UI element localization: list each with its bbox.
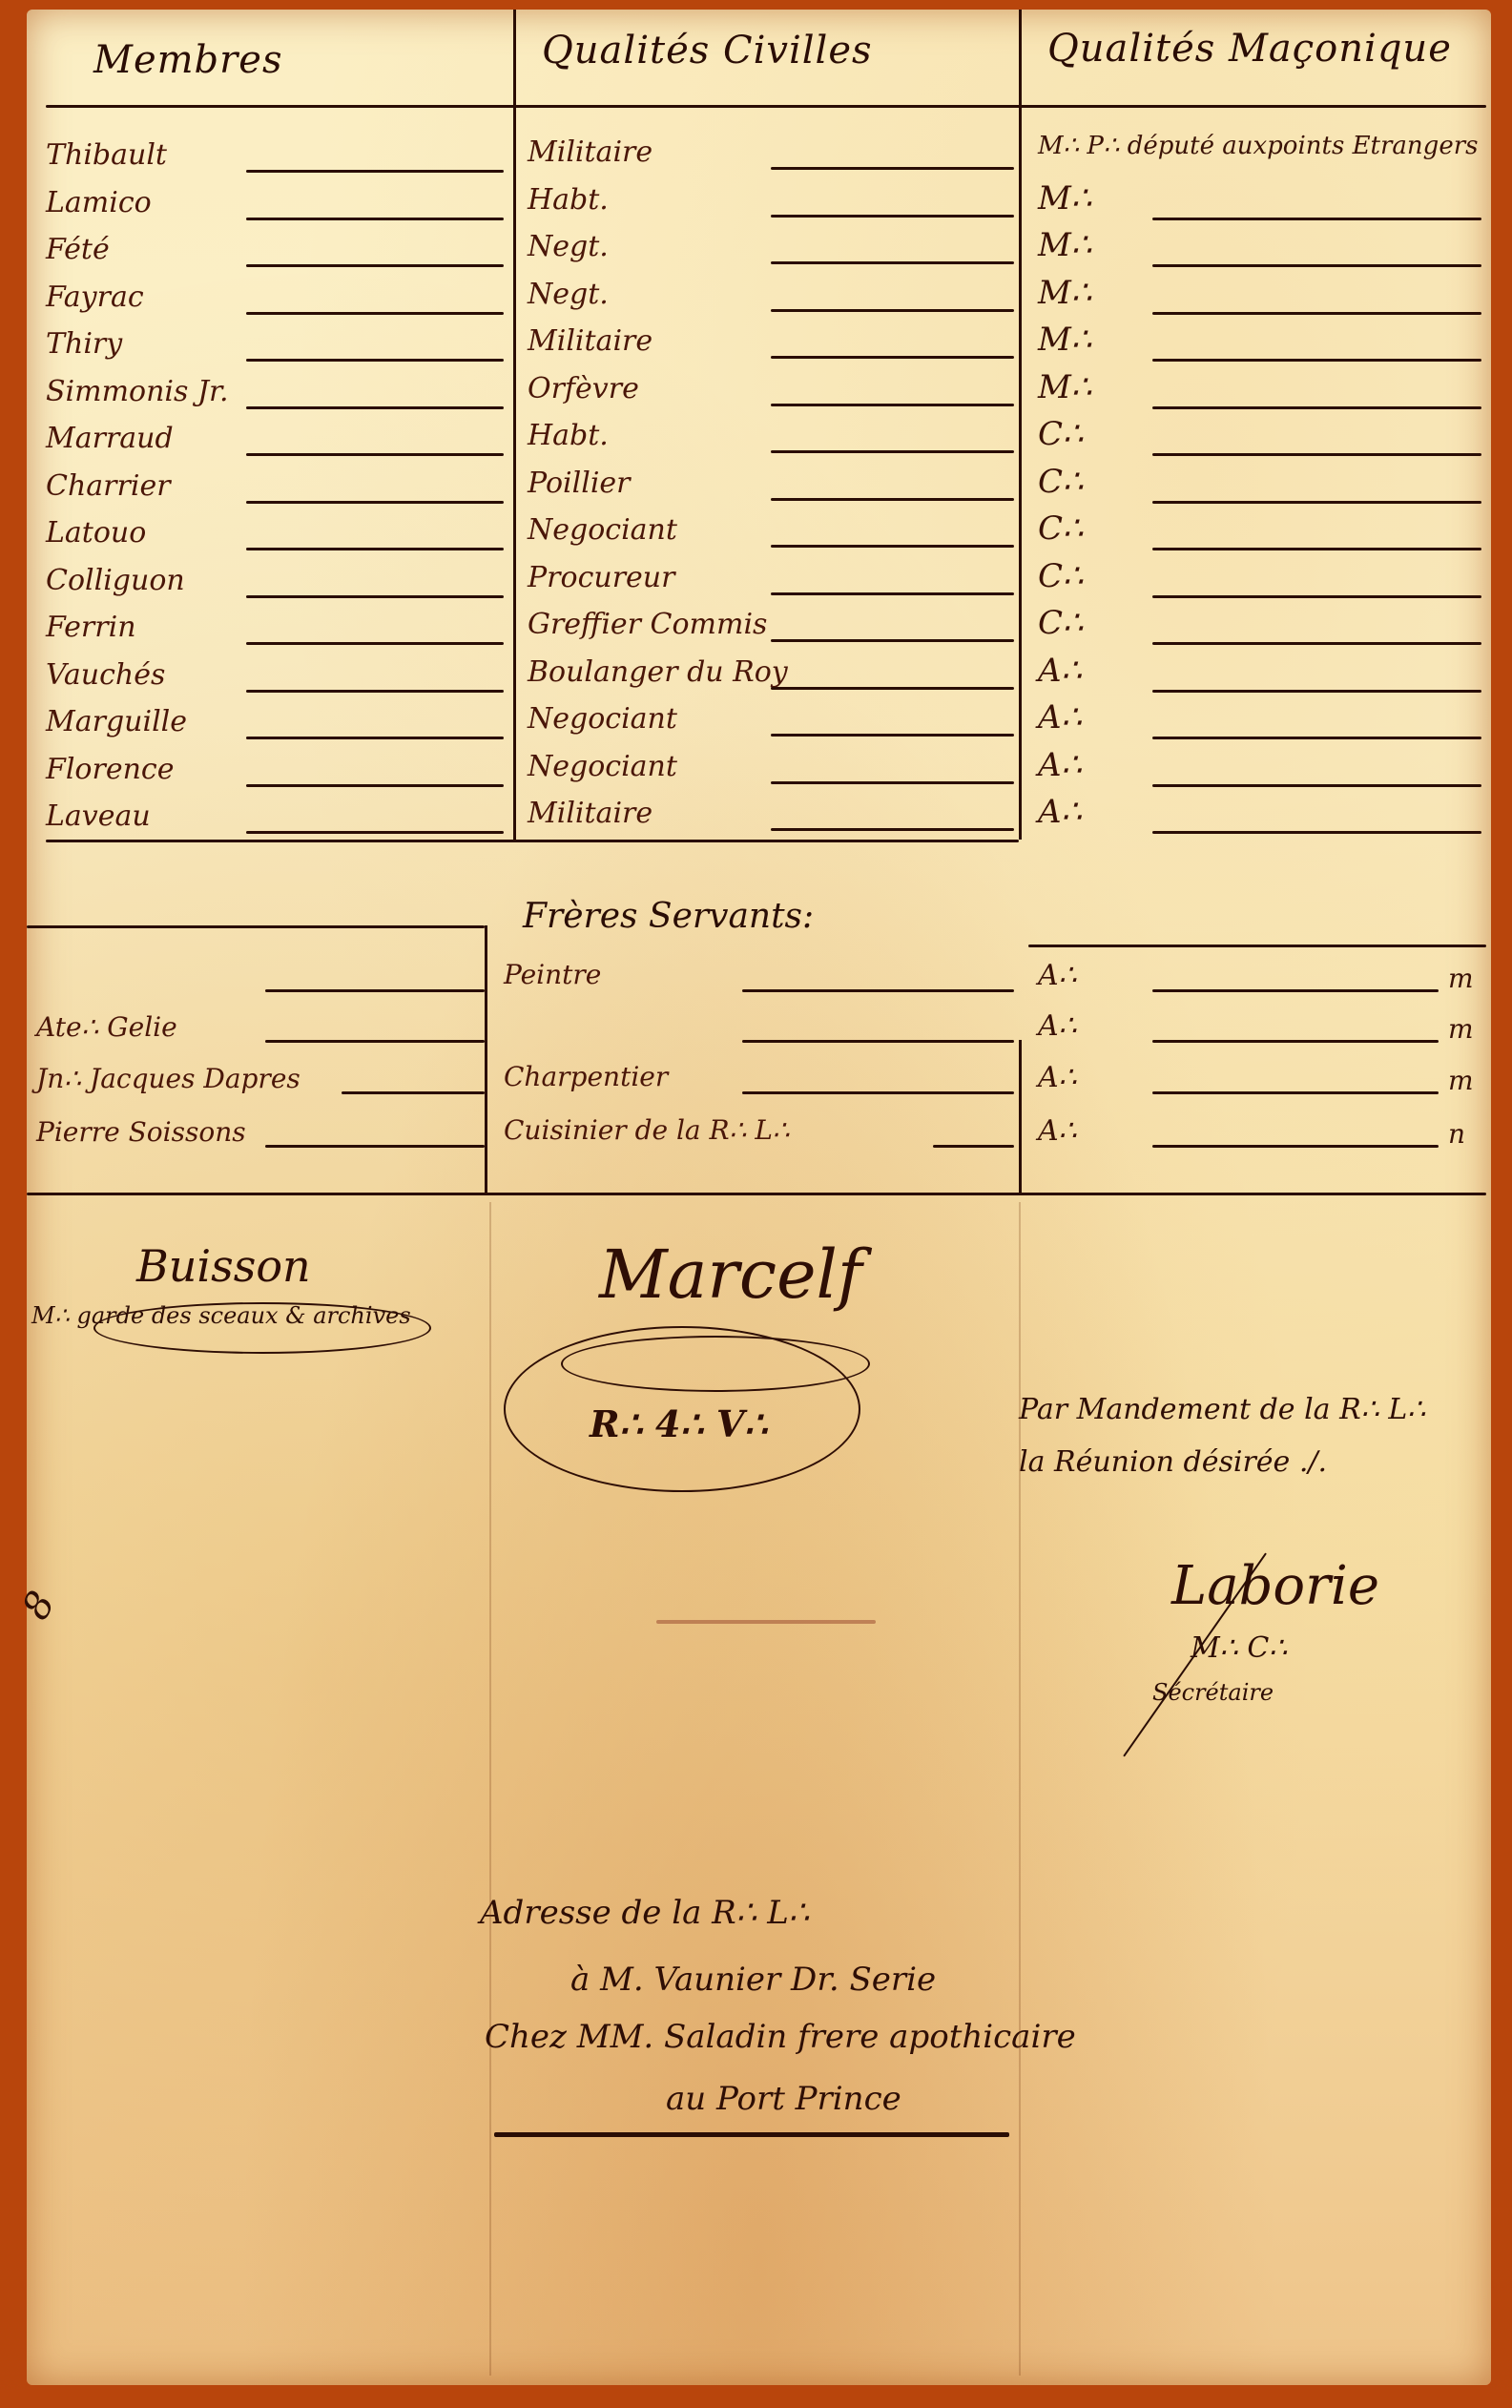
civil-rule [771,309,1014,312]
member-name: Vauchés [46,658,165,692]
servant-civil: Cuisinier de la R∴ L∴ [504,1114,790,1146]
servant-masonic-grade: A∴ [1038,959,1077,992]
member-rule [246,406,504,409]
masonic-rule [1152,831,1481,834]
member-rule [246,548,504,550]
member-masonic-grade: C∴ [1038,463,1084,501]
servant-masonic-rule [1152,989,1439,992]
member-masonic-grade: A∴ [1038,793,1082,831]
member-masonic-grade: M∴ [1038,179,1091,218]
servant-civil: Charpentier [504,1061,668,1092]
mandate-line-1: Par Mandement de la R∴ L∴ [1019,1393,1425,1426]
member-masonic-grade: A∴ [1038,698,1082,737]
members-bottom-rule [46,840,1019,842]
civil-rule [771,781,1014,784]
member-masonic-grade: C∴ [1038,415,1084,453]
faint-divider-1 [489,1202,491,2376]
masonic-rule [1152,737,1481,739]
signature-buisson-title: M∴ garde des sceaux & archives [31,1302,411,1329]
member-name: Thibault [46,138,167,172]
member-rule [246,312,504,315]
document-page: Membres Qualités Civilles Qualités Maçon… [27,10,1491,2385]
servant-civil-rule [742,1091,1014,1094]
faint-divider-2 [1019,1202,1021,2376]
member-rule [246,784,504,787]
seal-text: R∴ 4∴ V∴ [590,1402,768,1445]
servant-rule [342,1091,485,1094]
servant-name: Jn∴ Jacques Dapres [36,1063,300,1094]
servant-masonic-grade: A∴ [1038,1009,1077,1043]
column-divider-1 [513,10,516,840]
civil-rule [771,215,1014,218]
servant-rule [265,989,485,992]
civil-rule [771,734,1014,737]
servants-heading: Frères Servants: [523,897,814,936]
member-name: Fété [46,233,110,266]
masonic-rule [1152,312,1481,315]
masonic-rule [1152,501,1481,504]
member-name: Florence [46,753,174,786]
member-civil: Negt. [528,278,609,311]
member-civil: Poillier [528,467,631,500]
signature-center: Marcelf [599,1235,862,1314]
member-rule [246,690,504,693]
member-name: Marraud [46,422,174,455]
member-masonic-grade: C∴ [1038,509,1084,548]
member-name: Thiry [46,327,122,361]
servants-top-rule [27,925,485,928]
masonic-rule [1152,784,1481,787]
faded-mark [656,1620,876,1624]
masonic-rule [1152,453,1481,456]
servant-masonic-rule [1152,1091,1439,1094]
civil-rule [771,687,1014,690]
civil-rule [771,167,1014,170]
member-rule [246,218,504,220]
signature-secretary: Laborie [1171,1555,1379,1617]
member-civil: Militaire [528,135,652,169]
member-name: Lamico [46,186,152,219]
member-name: Latouo [46,516,146,550]
civil-rule [771,261,1014,264]
member-rule [246,642,504,645]
masonic-rule [1152,264,1481,267]
member-name: Colliguon [46,564,185,597]
header-rule [46,105,1486,108]
servant-right-mark: m [1448,963,1474,994]
member-civil: Greffier Commis [528,608,767,641]
member-masonic-grade: C∴ [1038,557,1084,595]
servant-right-mark: m [1448,1013,1474,1045]
civil-rule [771,404,1014,406]
civil-rule [771,450,1014,453]
mandate-line-2: la Réunion désirée ./. [1019,1445,1327,1479]
servant-civil-rule [933,1145,1014,1148]
masonic-rule [1152,548,1481,550]
address-underline [494,2132,1009,2137]
servant-masonic-rule [1152,1145,1439,1148]
member-masonic-grade: M∴ [1038,226,1091,264]
member-civil: Militaire [528,797,652,830]
servant-rule [265,1145,485,1148]
member-rule [246,264,504,267]
masonic-rule [1152,642,1481,645]
masonic-rule [1152,218,1481,220]
member-name: Marguille [46,705,187,738]
servant-right-mark: n [1448,1118,1465,1150]
header-masonic: Qualités Maçonique [1047,27,1452,71]
member-name: Ferrin [46,611,136,644]
member-masonic-grade: M∴ [1038,368,1091,406]
member-name: Fayrac [46,280,144,314]
member-civil: Procureur [528,561,674,594]
servant-civil: Peintre [504,959,601,990]
address-line-2: à M. Vaunier Dr. Serie [570,1961,936,1999]
member-masonic-grade: A∴ [1038,652,1082,690]
servants-top-rule-right [1028,945,1486,947]
secretary-title: Sécrétaire [1152,1679,1274,1706]
servant-civil-rule [742,1040,1014,1043]
member-rule [246,501,504,504]
member-name: Charrier [46,469,171,503]
masonic-rule [1152,359,1481,362]
column-divider-2 [1019,10,1022,840]
member-civil: Militaire [528,324,652,358]
member-rule [246,359,504,362]
member-masonic-grade: C∴ [1038,604,1084,642]
member-civil: Habt. [528,419,609,452]
member-civil: Negociant [528,513,677,547]
header-members: Membres [93,38,282,82]
margin-note: 8 [13,1584,64,1627]
civil-rule [771,545,1014,548]
member-masonic-grade: M∴ [1038,321,1091,359]
servant-name: Ate∴ Gelie [36,1011,177,1043]
member-rule [246,831,504,834]
masonic-rule [1152,406,1481,409]
signature-buisson: Buisson [136,1240,311,1292]
civil-rule [771,498,1014,501]
address-line-3: Chez MM. Saladin frere apothicaire [485,2018,1076,2056]
member-rule [246,737,504,739]
servant-masonic-rule [1152,1040,1439,1043]
table-bottom-rule [27,1193,1486,1195]
address-line-4: au Port Prince [666,2080,901,2118]
civil-rule [771,592,1014,595]
masonic-rule [1152,595,1481,598]
member-civil: Negociant [528,750,677,783]
seal-flourish [561,1336,870,1392]
address-line-1: Adresse de la R∴ L∴ [480,1894,809,1932]
civil-rule [771,356,1014,359]
member-civil: Negt. [528,230,609,263]
member-masonic-grade: M∴ [1038,274,1091,312]
member-civil: Boulanger du Roy [528,655,788,689]
servant-civil-rule [742,989,1014,992]
member-civil: Habt. [528,183,609,217]
member-masonic-grade: M∴ P∴ député auxpoints Etrangers [1038,132,1478,160]
member-civil: Orfèvre [528,372,639,405]
member-masonic-grade: A∴ [1038,746,1082,784]
member-name: Simmonis Jr. [46,375,229,408]
servant-right-mark: m [1448,1065,1474,1096]
servant-rule [265,1040,485,1043]
member-civil: Negociant [528,702,677,736]
header-civil: Qualités Civilles [542,29,873,73]
civil-rule [771,828,1014,831]
member-rule [246,453,504,456]
servants-divider-1 [485,925,487,1193]
member-rule [246,595,504,598]
member-rule [246,170,504,173]
servant-masonic-grade: A∴ [1038,1114,1077,1148]
servant-masonic-grade: A∴ [1038,1061,1077,1094]
servant-name: Pierre Soissons [36,1116,246,1148]
civil-rule [771,639,1014,642]
masonic-rule [1152,690,1481,693]
member-name: Laveau [46,799,151,833]
servants-divider-2 [1019,1040,1022,1193]
